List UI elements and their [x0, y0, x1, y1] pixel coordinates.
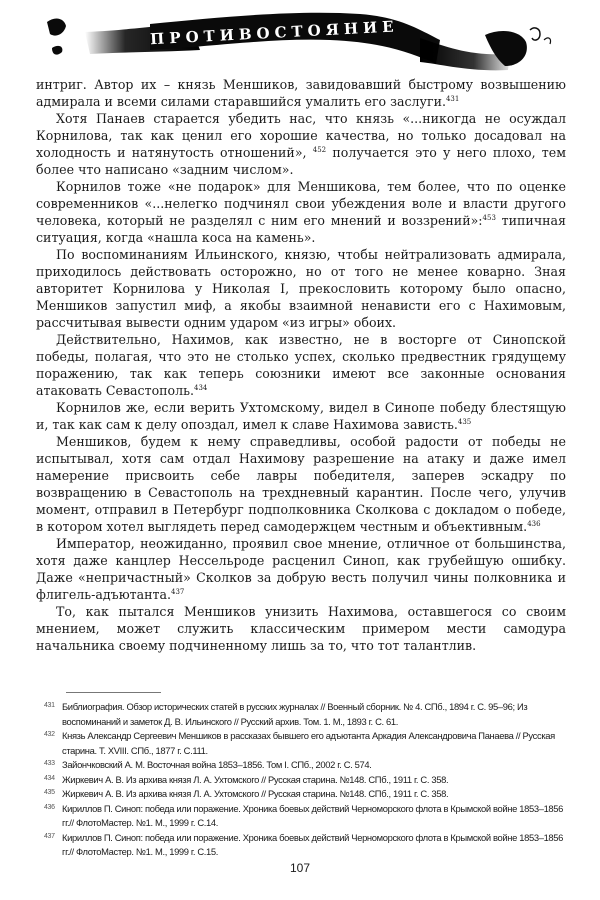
footnote-number: 434 [44, 772, 55, 787]
footnote-ref[interactable]: 431 [446, 95, 459, 103]
paragraph: То, как пытался Меншиков унизить Нахимов… [36, 603, 566, 654]
paragraph: Меншиков, будем к нему справедливы, особ… [36, 433, 566, 535]
footnote-ref[interactable]: 436 [527, 520, 540, 528]
footnote: 431Библиография. Обзор исторических стат… [44, 700, 568, 729]
footnote-ref[interactable]: 437 [171, 588, 184, 596]
footnotes: 431Библиография. Обзор исторических стат… [44, 700, 568, 860]
footnote-number: 432 [44, 728, 55, 743]
footnote: 437Кириллов П. Синоп: победа или поражен… [44, 831, 568, 860]
footnote: 435Жиркевич А. В. Из архива князя Л. А. … [44, 787, 568, 802]
page-number: 107 [0, 861, 600, 875]
footnote-number: 433 [44, 757, 55, 772]
footnote-number: 435 [44, 786, 55, 801]
footnote-ref[interactable]: 452 [313, 146, 326, 154]
main-text: интриг. Автор их – князь Меншиков, завид… [36, 76, 566, 654]
footnote-ref[interactable]: 453 [483, 214, 496, 222]
paragraph: Корнилов тоже «не подарок» для Меншикова… [36, 178, 566, 246]
paragraph: По воспоминаниям Ильинского, князю, чтоб… [36, 246, 566, 331]
footnote-ref[interactable]: 434 [194, 384, 207, 392]
running-header-banner: ПРОТИВОСТОЯНИЕ [0, 0, 600, 80]
paragraph: Корнилов же, если верить Ухтомскому, вид… [36, 399, 566, 433]
paragraph: интриг. Автор их – князь Меншиков, завид… [36, 76, 566, 110]
footnote: 434Жиркевич А. В. Из архива князя Л. А. … [44, 773, 568, 788]
footnote-number: 436 [44, 801, 55, 816]
paragraph: Действительно, Нахимов, как известно, не… [36, 331, 566, 399]
footnote: 433Зайончковский А. М. Восточная война 1… [44, 758, 568, 773]
footnote-divider [66, 692, 161, 693]
footnote-ref[interactable]: 435 [458, 418, 471, 426]
paragraph: Император, неожиданно, проявил свое мнен… [36, 535, 566, 603]
paragraph: Хотя Панаев старается убедить нас, что к… [36, 110, 566, 178]
footnote: 436Кириллов П. Синоп: победа или поражен… [44, 802, 568, 831]
footnote-number: 431 [44, 699, 55, 714]
footnote: 432Князь Александр Сергеевич Меншиков в … [44, 729, 568, 758]
footnote-number: 437 [44, 830, 55, 845]
